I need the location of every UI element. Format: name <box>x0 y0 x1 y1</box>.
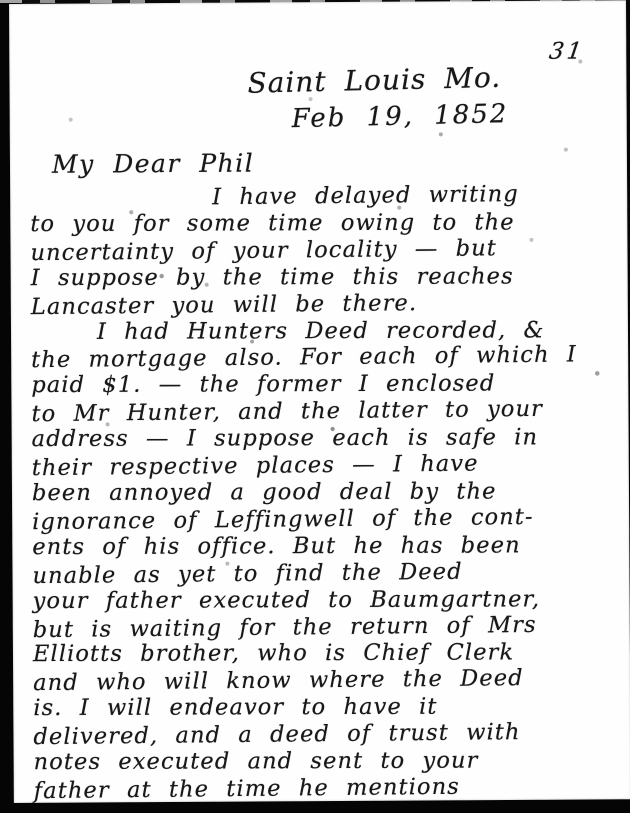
letter-line: ents of his office. But he has been <box>32 532 628 561</box>
letter-paper: 31 Saint Louis Mo. Feb 19, 1852 My Dear … <box>9 0 630 803</box>
letter-line: your father executed to Baumgartner, <box>33 586 629 615</box>
dateline-date: Feb 19, 1852 <box>291 99 508 134</box>
paper-speckles <box>9 4 11 6</box>
letter-line: father at the time he mentions <box>34 772 630 805</box>
letter-line: address — I suppose each is safe in <box>32 424 628 453</box>
letter-line: ignorance of Leffingwell of the cont- <box>32 503 628 536</box>
dateline-place: Saint Louis Mo. <box>247 61 501 100</box>
letter-line: I suppose by the time this reaches <box>31 263 627 292</box>
letter-line: their respective places — I have <box>32 449 628 482</box>
letter-body: I have delayed writing to you for some t… <box>30 181 630 803</box>
page-number: 31 <box>547 38 586 64</box>
letter-line: notes executed and sent to your <box>34 747 630 776</box>
letter-line: Lancaster you will be there. <box>31 288 627 321</box>
letter-line: been annoyed a good deal by the <box>32 478 628 507</box>
letter-line: uncertainty of your locality — but <box>30 234 626 267</box>
letter-line: I have delayed writing <box>30 180 626 213</box>
letter-line: delivered, and a deed of trust with <box>33 718 629 751</box>
letter-line: unable as yet to find the Deed <box>32 557 628 590</box>
letter-line: to you for some time owing to the <box>30 209 626 238</box>
salutation: My Dear Phil <box>52 149 254 179</box>
scanned-letter-page: 31 Saint Louis Mo. Feb 19, 1852 My Dear … <box>0 0 630 813</box>
